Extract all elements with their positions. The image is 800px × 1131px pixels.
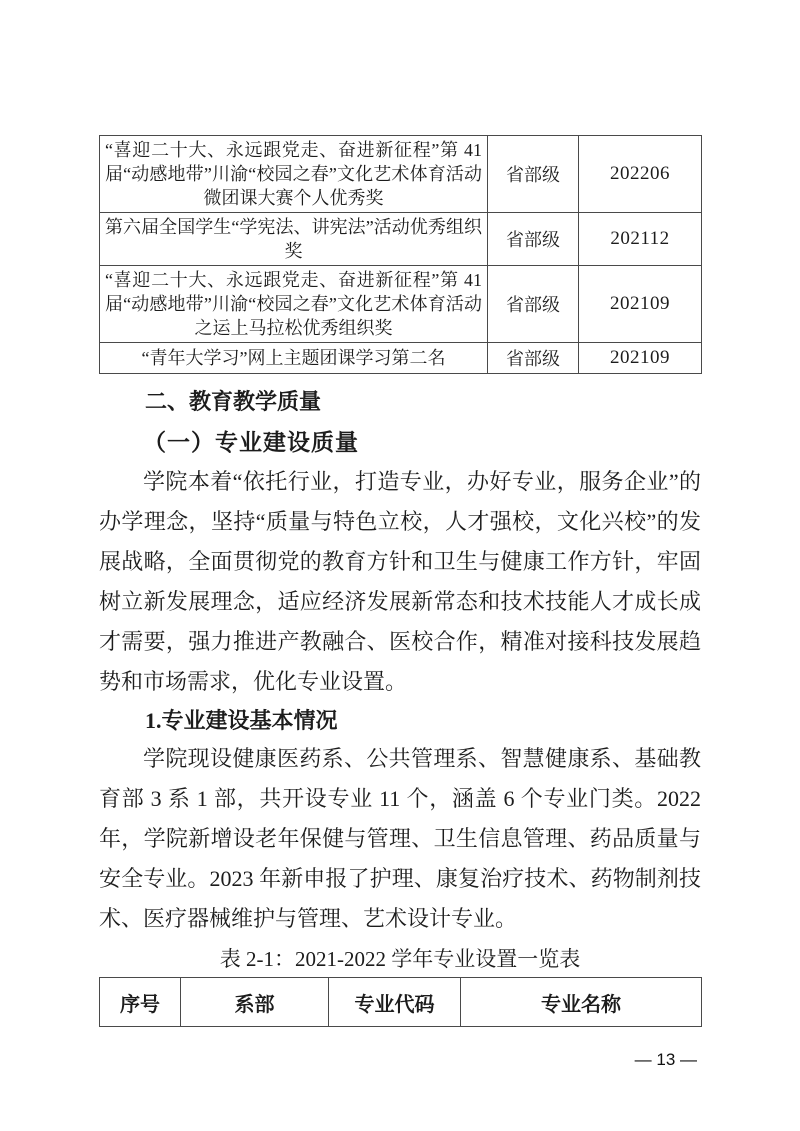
award-date-cell: 202206 <box>579 136 702 213</box>
award-title-cell: “喜迎二十大、永远跟党走、奋进新征程”第 41 届“动感地带”川渝“校园之春”文… <box>100 266 488 343</box>
section-heading: 二、教育教学质量 <box>145 387 701 416</box>
award-date-cell: 202112 <box>579 213 702 266</box>
majors-header-seq: 序号 <box>100 978 181 1027</box>
award-title-cell: “青年大学习”网上主题团课学习第二名 <box>100 343 488 374</box>
award-level-cell: 省部级 <box>488 136 579 213</box>
award-level-cell: 省部级 <box>488 343 579 374</box>
majors-table: 序号 系部 专业代码 专业名称 <box>99 977 702 1027</box>
award-level-cell: 省部级 <box>488 266 579 343</box>
award-date-cell: 202109 <box>579 343 702 374</box>
majors-header-row: 序号 系部 专业代码 专业名称 <box>100 978 702 1027</box>
subsection-heading: （一）专业建设质量 <box>143 428 701 458</box>
majors-header-code: 专业代码 <box>329 978 461 1027</box>
award-level-cell: 省部级 <box>488 213 579 266</box>
majors-header-name: 专业名称 <box>461 978 702 1027</box>
subsubsection-heading: 1.专业建设基本情况 <box>145 706 701 735</box>
paragraph-philosophy: 学院本着“依托行业，打造专业，办好专业，服务企业”的办学理念，坚持“质量与特色立… <box>99 462 701 702</box>
page-number: — 13 — <box>635 1050 697 1070</box>
award-date-cell: 202109 <box>579 266 702 343</box>
award-row: 第六届全国学生“学宪法、讲宪法”活动优秀组织奖 省部级 202112 <box>100 213 702 266</box>
document-page: “喜迎二十大、永远跟党走、奋进新征程”第 41 届“动感地带”川渝“校园之春”文… <box>0 0 800 1131</box>
award-row: “喜迎二十大、永远跟党走、奋进新征程”第 41 届“动感地带”川渝“校园之春”文… <box>100 266 702 343</box>
majors-table-caption: 表 2-1：2021-2022 学年专业设置一览表 <box>99 945 701 973</box>
paragraph-majors-overview: 学院现设健康医药系、公共管理系、智慧健康系、基础教育部 3 系 1 部，共开设专… <box>99 739 701 939</box>
awards-table: “喜迎二十大、永远跟党走、奋进新征程”第 41 届“动感地带”川渝“校园之春”文… <box>99 135 702 374</box>
majors-header-dept: 系部 <box>181 978 329 1027</box>
award-row: “喜迎二十大、永远跟党走、奋进新征程”第 41 届“动感地带”川渝“校园之春”文… <box>100 136 702 213</box>
award-title-cell: 第六届全国学生“学宪法、讲宪法”活动优秀组织奖 <box>100 213 488 266</box>
award-title-cell: “喜迎二十大、永远跟党走、奋进新征程”第 41 届“动感地带”川渝“校园之春”文… <box>100 136 488 213</box>
award-row: “青年大学习”网上主题团课学习第二名 省部级 202109 <box>100 343 702 374</box>
